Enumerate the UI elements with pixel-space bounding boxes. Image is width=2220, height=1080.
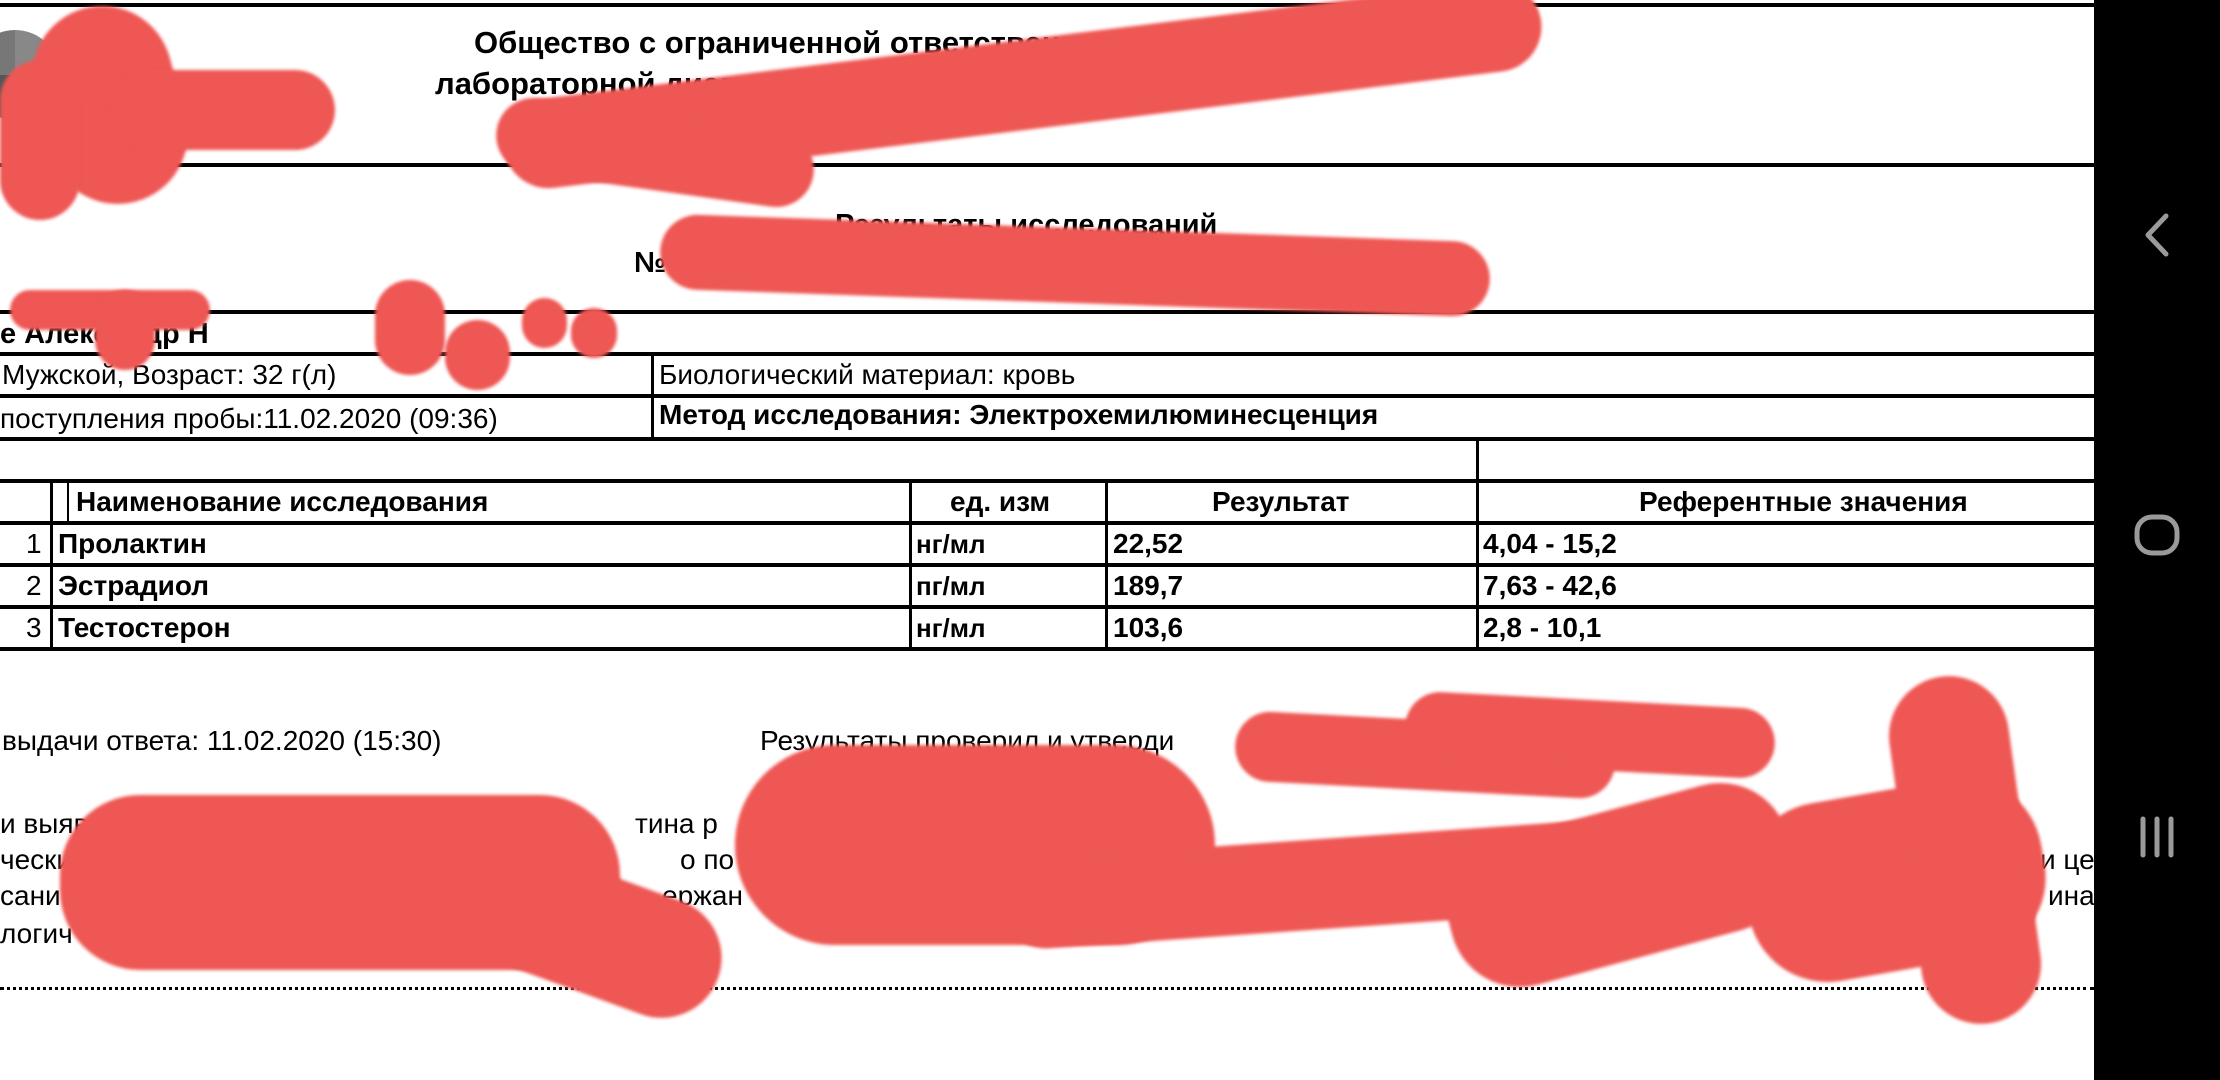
note-text: о по	[680, 846, 734, 874]
col-header-reference: Референтные значения	[1639, 488, 1968, 516]
test-result: 189,7	[1113, 572, 1183, 600]
test-result: 22,52	[1113, 530, 1183, 558]
test-reference: 4,04 - 15,2	[1483, 530, 1617, 558]
divider	[0, 479, 2094, 483]
cut-line-divider	[0, 987, 2094, 990]
test-result: 103,6	[1113, 614, 1183, 642]
col-header-name: Наименование исследования	[76, 488, 488, 516]
divider	[0, 394, 2094, 398]
divider	[0, 352, 2094, 356]
test-unit: нг/мл	[916, 615, 986, 641]
test-unit: нг/мл	[916, 531, 986, 557]
test-name: Эстрадиол	[58, 572, 209, 600]
back-button[interactable]	[2094, 190, 2220, 280]
issue-date: выдачи ответа: 11.02.2020 (15:30)	[2, 727, 441, 755]
test-reference: 2,8 - 10,1	[1483, 614, 1601, 642]
home-circle-icon	[2133, 511, 2181, 559]
divider	[909, 479, 912, 650]
divider	[0, 563, 2094, 567]
chevron-left-icon	[2142, 212, 2172, 258]
divider	[651, 352, 654, 440]
divider	[0, 163, 2094, 167]
biomaterial: Биологический материал: кровь	[659, 361, 1075, 389]
col-header-result: Результат	[1212, 488, 1350, 516]
test-reference: 7,63 - 42,6	[1483, 572, 1617, 600]
divider	[67, 479, 69, 523]
col-header-unit: ед. изм	[950, 488, 1050, 516]
divider	[50, 479, 53, 650]
method: Метод исследования: Электрохемилюминесце…	[659, 401, 1378, 429]
note-text: ина	[2048, 882, 2094, 910]
divider	[1476, 479, 1479, 650]
row-number: 2	[26, 572, 42, 600]
divider	[0, 3, 2094, 7]
divider	[0, 521, 2094, 525]
divider	[0, 605, 2094, 609]
note-text: логич	[0, 920, 73, 948]
divider	[1476, 440, 1479, 482]
divider	[1105, 479, 1108, 650]
divider	[0, 437, 2094, 441]
home-button[interactable]	[2094, 490, 2220, 580]
test-name: Пролактин	[58, 530, 207, 558]
recents-button[interactable]	[2094, 792, 2220, 882]
row-number: 3	[26, 614, 42, 642]
note-text: тина р	[635, 810, 718, 838]
sample-received: поступления пробы:11.02.2020 (09:36)	[0, 405, 498, 433]
note-text: и це	[2040, 846, 2094, 874]
gender-age: Мужской, Возраст: 32 г(л)	[2, 361, 336, 389]
divider	[0, 647, 2094, 651]
row-number: 1	[26, 530, 42, 558]
android-navigation-bar	[2094, 0, 2220, 1080]
recents-bars-icon	[2137, 815, 2177, 859]
test-unit: пг/мл	[916, 573, 986, 599]
note-text: сани	[0, 882, 61, 910]
document-view[interactable]: Общество с ограниченной ответственностью…	[0, 0, 2094, 1080]
divider	[0, 310, 2094, 314]
test-name: Тестостерон	[58, 614, 231, 642]
